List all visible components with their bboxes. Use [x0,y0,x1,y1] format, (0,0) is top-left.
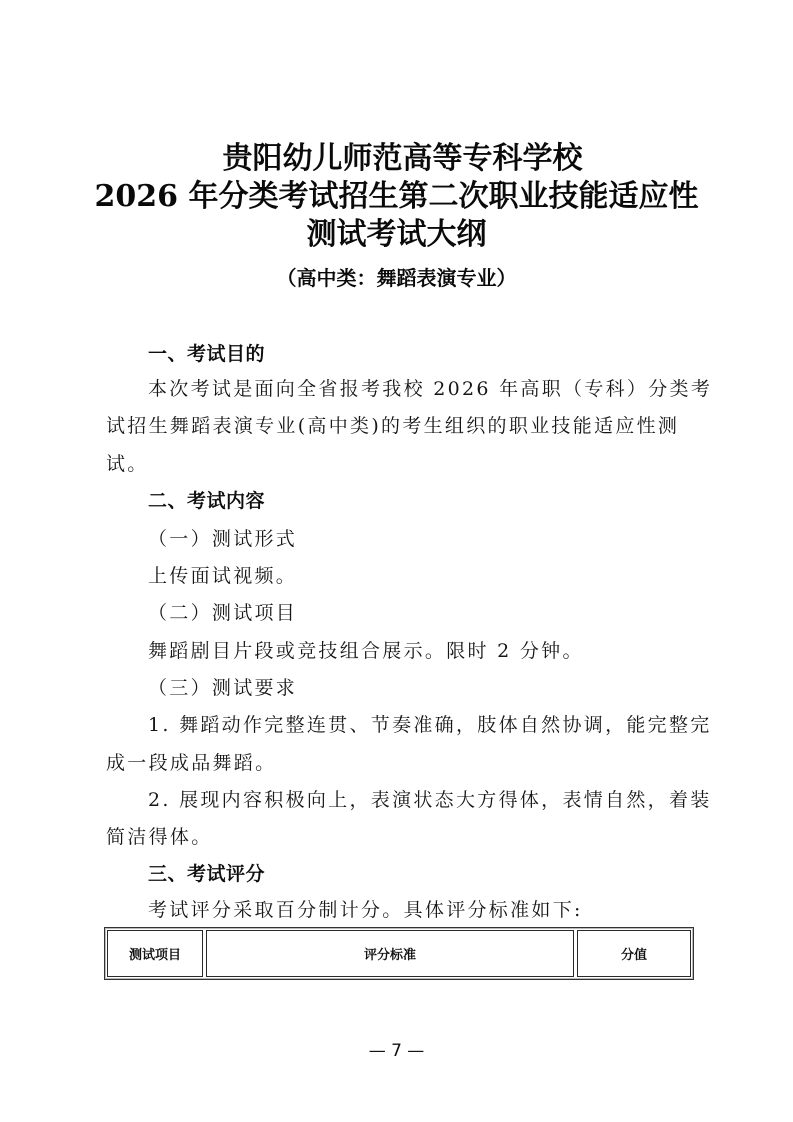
requirement-2-line-2: 简洁得体。 [106,822,213,849]
title-outline: 测试考试大纲 [0,216,793,254]
subsection-content-format: 上传面试视频。 [148,561,297,588]
document-page: 贵阳幼儿师范高等专科学校 2026 年分类考试招生第二次职业技能适应性 测试考试… [0,0,793,1122]
purpose-paragraph-line-3: 试。 [106,449,149,476]
subsection-content-items: 舞蹈剧目片段或竞技组合展示。限时 2 分钟。 [148,636,584,663]
table-header-criteria: 评分标准 [206,930,574,977]
requirement-1-line-1: 1. 舞蹈动作完整连贯、节奏准确，肢体自然协调，能完整完 [148,710,712,737]
table-header-score: 分值 [577,930,691,977]
purpose-paragraph-line-1: 本次考试是面向全省报考我校 2026 年高职（专科）分类考 [148,374,712,401]
section-heading-scoring: 三、考试评分 [148,859,265,886]
requirement-1-line-2: 成一段成品舞蹈。 [106,748,276,775]
subsection-label-requirements: （三）测试要求 [148,673,297,700]
purpose-paragraph-line-2: 试招生舞蹈表演专业(高中类)的考生组织的职业技能适应性测 [106,411,679,438]
section-heading-purpose: 一、考试目的 [148,339,265,366]
section-heading-content: 二、考试内容 [148,486,265,513]
document-title-block: 贵阳幼儿师范高等专科学校 2026 年分类考试招生第二次职业技能适应性 测试考试… [0,140,793,292]
scoring-intro: 考试评分采取百分制计分。具体评分标准如下: [148,895,583,922]
scoring-table: 测试项目 评分标准 分值 [104,927,694,980]
requirement-2-line-1: 2. 展现内容积极向上，表演状态大方得体，表情自然，着装 [148,785,712,812]
subsection-label-format: （一）测试形式 [148,524,297,551]
title-exam-name: 2026 年分类考试招生第二次职业技能适应性 [0,178,793,216]
page-number: — 7 — [0,1041,793,1061]
title-major-subtitle: （高中类：舞蹈表演专业） [0,264,793,292]
subsection-label-items: （二）测试项目 [148,598,297,625]
title-school-name: 贵阳幼儿师范高等专科学校 [12,140,793,178]
table-header-test-item: 测试项目 [107,930,203,977]
